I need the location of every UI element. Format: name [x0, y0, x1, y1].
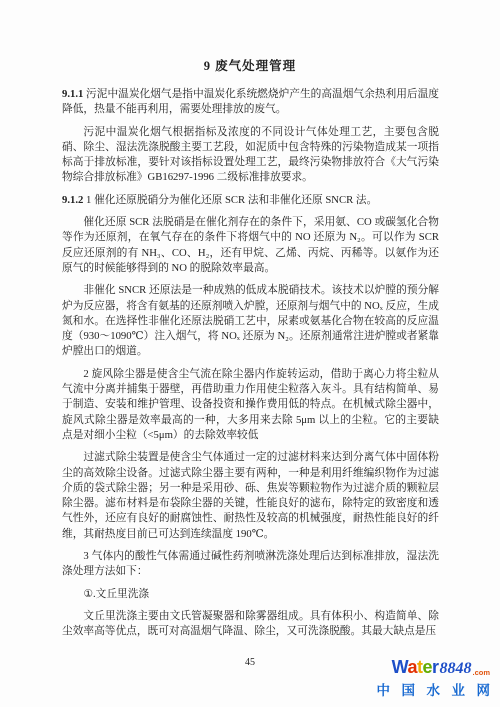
paragraph: 非催化 SNCR 还原法是一种成熟的低成本脱硝技术。该技术以炉膛的预分解炉为反应…	[62, 283, 439, 359]
clause-number: 9.1.2	[62, 194, 83, 206]
brand-letter: a	[407, 657, 417, 677]
document-page: 9 废气处理管理 9.1.1 污泥中温炭化烟气是指中温炭化系统燃烧炉产生的高温烟…	[0, 0, 500, 707]
brand-letter: r	[432, 657, 439, 677]
page-title: 9 废气处理管理	[0, 0, 500, 74]
water8848-watermark: Water 8848 .com 中国水业网	[377, 658, 491, 699]
paragraph: ①.文丘里洗涤	[62, 587, 439, 602]
brand-tagline: 中国水业网	[377, 679, 500, 699]
paragraph: 过滤式除尘装置是使含尘气体通过一定的过滤材料来达到分离气体中固体粉尘的高效除尘设…	[62, 450, 439, 542]
paragraph: 催化还原 SCR 法脱硝是在催化剂存在的条件下，采用氨、CO 或碳氢化合物等作为…	[62, 215, 439, 276]
paragraph: 文丘里洗涤主要由文氏管凝聚器和除雾器组成。具有体积小、构造简单、除尘效率高等优点…	[62, 609, 439, 640]
paragraph: 污泥中温炭化烟气根据指标及浓度的不同设计气体处理工艺，主要包含脱硝、除尘、湿法洗…	[62, 125, 439, 186]
brand-line: Water 8848 .com	[377, 658, 491, 677]
paragraph: 9.1.2 1 催化还原脱硝分为催化还原 SCR 法和非催化还原 SNCR 法。	[62, 193, 439, 208]
brand-number: 8848	[439, 661, 471, 677]
paragraph: 2 旋风除尘器是使含尘气流在除尘器内作旋转运动，借助于离心力将尘粒从气流中分离并…	[62, 367, 439, 443]
brand-word-water: Water	[392, 658, 439, 677]
brand-tld: .com	[472, 669, 490, 677]
brand-letter: e	[422, 657, 432, 677]
paragraph: 3 气体内的酸性气体需通过碱性药剂喷淋洗涤处理后达到标准排放，湿法洗涤处理方法如…	[62, 549, 439, 580]
document-body: 9.1.1 污泥中温炭化烟气是指中温炭化系统燃烧炉产生的高温烟气余热利用后温度降…	[62, 87, 439, 640]
brand-letter: W	[392, 657, 408, 677]
clause-number: 9.1.1	[62, 88, 83, 100]
paragraph: 9.1.1 污泥中温炭化烟气是指中温炭化系统燃烧炉产生的高温烟气余热利用后温度降…	[62, 87, 439, 118]
